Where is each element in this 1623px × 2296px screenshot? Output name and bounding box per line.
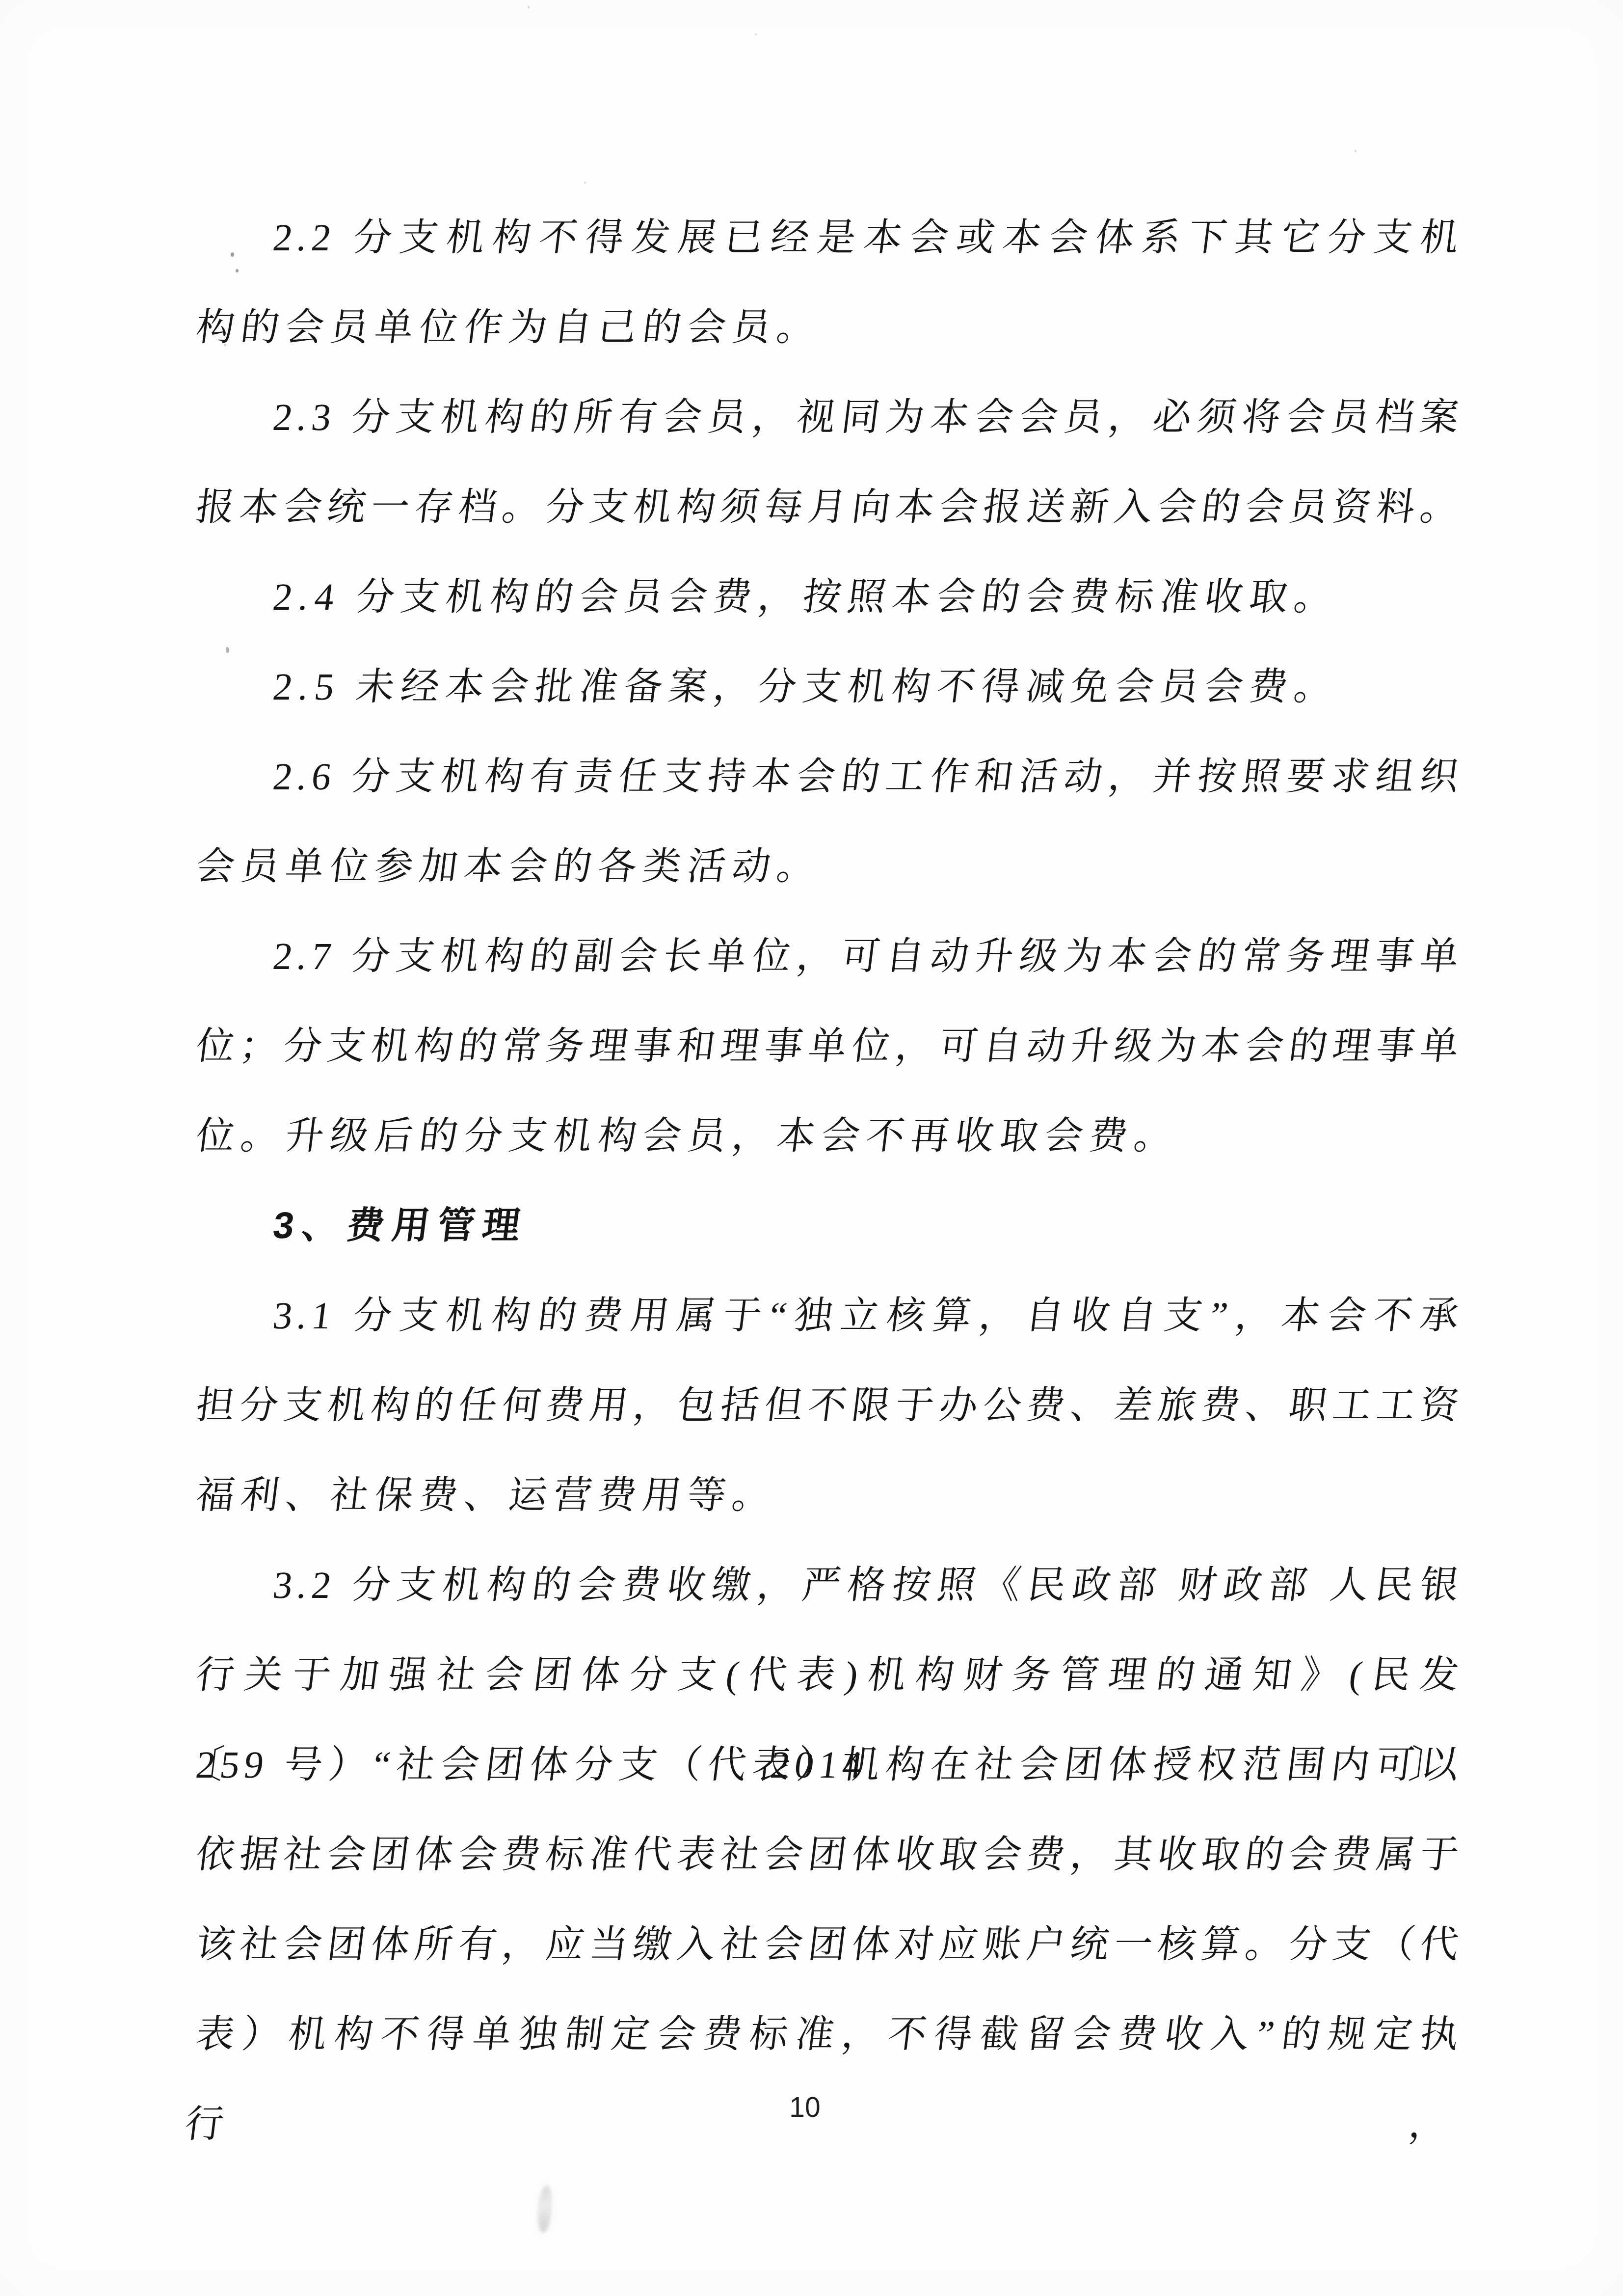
scan-speck (236, 269, 239, 272)
document-line: 2.3 分支机构的所有会员，视同为本会会员，必须将会员档案 (191, 372, 1469, 462)
document-line: 位；分支机构的常务理事和理事单位，可自动升级为本会的理事单 (191, 1001, 1469, 1091)
document-line: 表）机构不得单独制定会费标准，不得截留会费收入”的规定执行， (191, 1989, 1469, 2079)
scan-smudge (535, 2185, 554, 2234)
document-line: 会员单位参加本会的各类活动。 (191, 821, 1469, 911)
scan-speck (1355, 150, 1357, 152)
document-line: 福利、社保费、运营费用等。 (191, 1450, 1469, 1540)
document-line: 该社会团体所有，应当缴入社会团体对应账户统一核算。分支（代 (191, 1899, 1469, 1989)
document-line: 2.4 分支机构的会员会费，按照本会的会费标准收取。 (191, 552, 1469, 642)
document-line: 担分支机构的任何费用，包括但不限于办公费、差旅费、职工工资 (191, 1360, 1469, 1450)
scan-speck (755, 33, 757, 35)
document-line: 2.2 分支机构不得发展已经是本会或本会体系下其它分支机 (191, 192, 1469, 282)
document-line: 构的会员单位作为自己的会员。 (191, 282, 1469, 372)
document-line: 3.1 分支机构的费用属于“独立核算，自收自支”，本会不承 (191, 1270, 1469, 1360)
document-line: 259 号）“社会团体分支（代表）机构在社会团体授权范围内可以 (191, 1720, 1469, 1810)
document-line: 依据社会团体会费标准代表社会团体收取会费，其收取的会费属于 (191, 1810, 1469, 1899)
scan-speck (528, 6, 530, 8)
document-line: 位。升级后的分支机构会员，本会不再收取会费。 (191, 1091, 1469, 1181)
document-line: 2.6 分支机构有责任支持本会的工作和活动，并按照要求组织 (191, 731, 1469, 821)
scan-speck (226, 647, 229, 653)
scanned-document-page: 2.2 分支机构不得发展已经是本会或本会体系下其它分支机 构的会员单位作为自己的… (0, 0, 1623, 2296)
scan-speck (231, 252, 234, 257)
document-line: 报本会统一存档。分支机构须每月向本会报送新入会的会员资料。 (191, 462, 1469, 552)
page-number: 10 (763, 2090, 847, 2125)
scan-speck (584, 182, 586, 184)
scan-speck (224, 344, 226, 346)
document-body: 2.2 分支机构不得发展已经是本会或本会体系下其它分支机 构的会员单位作为自己的… (196, 192, 1463, 2079)
document-line: 2.5 未经本会批准备案，分支机构不得减免会员会费。 (191, 642, 1469, 731)
section-heading-fee-management: 3、费用管理 (191, 1181, 1469, 1270)
document-line: 行关于加强社会团体分支(代表)机构财务管理的通知》(民发〔2014〕 (191, 1630, 1469, 1720)
document-line: 3.2 分支机构的会费收缴，严格按照《民政部 财政部 人民银 (191, 1540, 1469, 1630)
document-line: 2.7 分支机构的副会长单位，可自动升级为本会的常务理事单 (191, 911, 1469, 1001)
